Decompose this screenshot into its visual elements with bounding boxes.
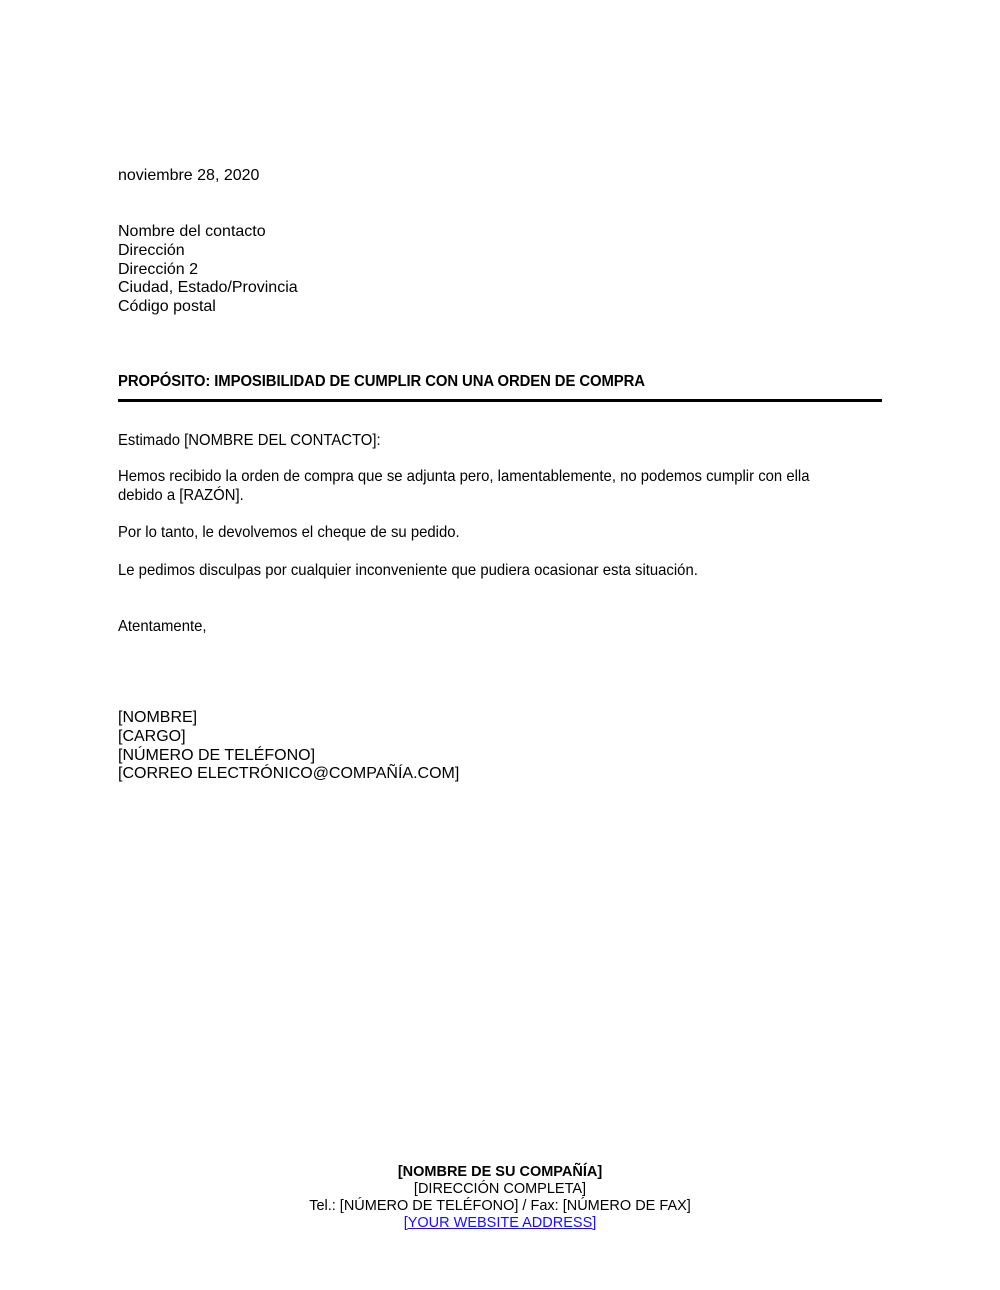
recipient-address-line2: Dirección 2 [118, 261, 298, 280]
recipient-address: Nombre del contacto Dirección Dirección … [118, 223, 298, 317]
recipient-city-state: Ciudad, Estado/Provincia [118, 279, 298, 298]
signature-email: [CORREO ELECTRÓNICO@COMPAÑÍA.COM] [118, 765, 459, 784]
signature-name: [NOMBRE] [118, 709, 459, 728]
letter-subject: PROPÓSITO: IMPOSIBILIDAD DE CUMPLIR CON … [118, 373, 645, 391]
letter-date: noviembre 28, 2020 [118, 167, 259, 186]
recipient-postal-code: Código postal [118, 298, 298, 317]
letter-page: noviembre 28, 2020 Nombre del contacto D… [0, 0, 1000, 1290]
footer-company-name: [NOMBRE DE SU COMPAÑÍA] [0, 1164, 1000, 1181]
subject-divider [118, 399, 882, 402]
letter-greeting: Estimado [NOMBRE DEL CONTACTO]: [118, 431, 381, 450]
letter-paragraph-3: Le pedimos disculpas por cualquier incon… [118, 561, 698, 580]
signature-phone: [NÚMERO DE TELÉFONO] [118, 747, 459, 766]
recipient-name: Nombre del contacto [118, 223, 298, 242]
signature-block: [NOMBRE] [CARGO] [NÚMERO DE TELÉFONO] [C… [118, 709, 459, 784]
letter-paragraph-1: Hemos recibido la orden de compra que se… [118, 467, 809, 505]
footer-contact: Tel.: [NÚMERO DE TELÉFONO] / Fax: [NÚMER… [0, 1198, 1000, 1215]
footer-website-link[interactable]: [YOUR WEBSITE ADDRESS] [404, 1215, 597, 1231]
signature-title: [CARGO] [118, 728, 459, 747]
paragraph-1-line-2: debido a [RAZÓN]. [118, 486, 809, 505]
letter-closing: Atentamente, [118, 617, 207, 636]
letter-paragraph-2: Por lo tanto, le devolvemos el cheque de… [118, 523, 460, 542]
footer-address: [DIRECCIÓN COMPLETA] [0, 1181, 1000, 1198]
recipient-address-line1: Dirección [118, 242, 298, 261]
paragraph-1-line-1: Hemos recibido la orden de compra que se… [118, 467, 809, 486]
letter-footer: [NOMBRE DE SU COMPAÑÍA] [DIRECCIÓN COMPL… [0, 1164, 1000, 1232]
